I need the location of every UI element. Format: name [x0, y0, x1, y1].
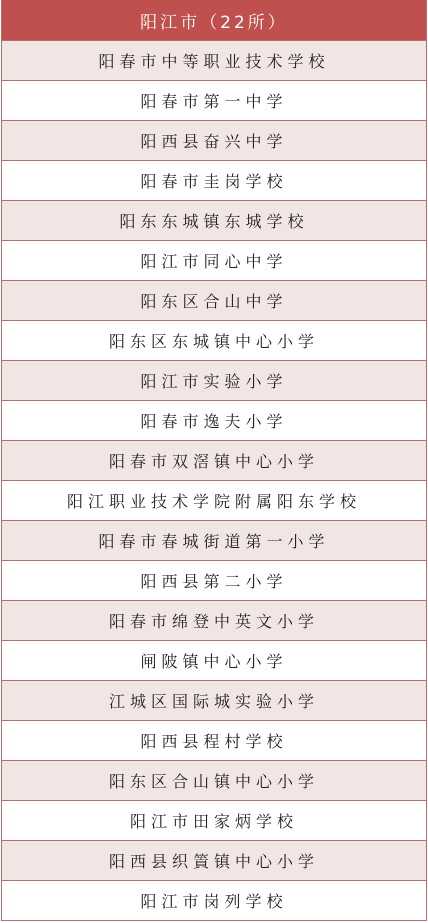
table-row: 江城区国际城实验小学 [2, 680, 426, 720]
table-row: 阳江市同心中学 [2, 240, 426, 280]
school-table: 阳江市（22所） 阳春市中等职业技术学校 阳春市第一中学 阳西县奋兴中学 阳春市… [1, 0, 427, 921]
table-row: 阳春市中等职业技术学校 [2, 40, 426, 80]
table-row: 阳江职业技术学院附属阳东学校 [2, 480, 426, 520]
table-header: 阳江市（22所） [2, 0, 426, 40]
table-row: 阳春市第一中学 [2, 80, 426, 120]
table-row: 阳东区合山镇中心小学 [2, 760, 426, 800]
table-row: 阳江市实验小学 [2, 360, 426, 400]
table-row: 阳春市双滘镇中心小学 [2, 440, 426, 480]
table-row: 阳东东城镇东城学校 [2, 200, 426, 240]
table-row: 阳东区东城镇中心小学 [2, 320, 426, 360]
table-row: 阳春市绵登中英文小学 [2, 600, 426, 640]
table-row: 阳西县奋兴中学 [2, 120, 426, 160]
table-row: 阳春市春城街道第一小学 [2, 520, 426, 560]
table-row: 闸陂镇中心小学 [2, 640, 426, 680]
table-row: 阳东区合山中学 [2, 280, 426, 320]
table-row: 阳江市田家炳学校 [2, 800, 426, 840]
table-row: 阳西县织篢镇中心小学 [2, 840, 426, 880]
table-row: 阳春市圭岗学校 [2, 160, 426, 200]
table-row: 阳春市逸夫小学 [2, 400, 426, 440]
table-row: 阳西县第二小学 [2, 560, 426, 600]
table-row: 阳江市岗列学校 [2, 880, 426, 920]
table-row: 阳西县程村学校 [2, 720, 426, 760]
